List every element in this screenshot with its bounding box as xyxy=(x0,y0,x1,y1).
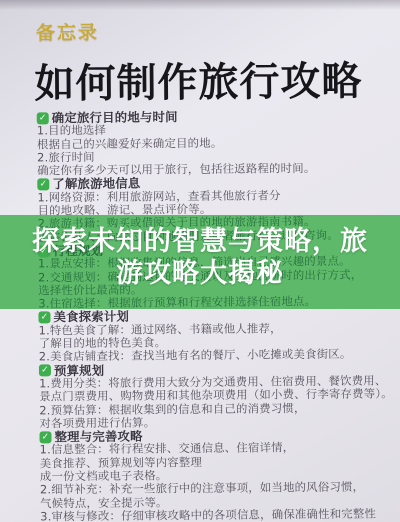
checklist-item: 3.审核与修改：仔细审核攻略中的各项信息，确保准确性和完整性 xyxy=(40,507,400,522)
page-title: 如何制作旅行攻略 xyxy=(34,49,394,109)
overlay-headline-line1: 探索未知的智慧与策略，旅 xyxy=(0,226,400,258)
checkbox-checked-icon: ✓ xyxy=(37,178,49,190)
memo-app-label: 备忘录 xyxy=(36,18,99,46)
checkbox-checked-icon: ✓ xyxy=(37,112,49,124)
overlay-headline-line2: 游攻略大揭秘 xyxy=(0,258,400,290)
checklist-item-text: 2.旅行时间 xyxy=(37,150,95,165)
checkbox-checked-icon: ✓ xyxy=(38,311,50,323)
checklist-item-text: 确定你有多少天可以用于旅行，包括往返路程的时间。 xyxy=(37,161,315,177)
checklist-item-text: 根据自己的兴趣爱好来确定目的地。 xyxy=(37,135,223,151)
checkbox-checked-icon: ✓ xyxy=(39,365,51,377)
memo-photo: 备忘录 如何制作旅行攻略 ✓确定旅行目的地与时间1.目的地选择根据自己的兴趣爱好… xyxy=(0,0,400,522)
checklist-item-text: 3.住宿选择：根据旅行预算和行程安排选择住宿地点。 xyxy=(38,294,316,310)
checklist-item-text: 2.细节补充：补充一些旅行中的注意事项，如当地的风俗习惯， xyxy=(40,480,364,497)
checklist: ✓确定旅行目的地与时间1.目的地选择根据自己的兴趣爱好来确定目的地。2.旅行时间… xyxy=(37,108,400,522)
checkbox-checked-icon: ✓ xyxy=(39,431,51,443)
overlay-headline: 探索未知的智慧与策略，旅 游攻略大揭秘 xyxy=(0,226,400,290)
checklist-item-text: 3.审核与修改：仔细审核攻略中的各项信息，确保准确性和完整性 xyxy=(40,506,376,522)
checklist-item-text: 2.美食店铺查找：查找当地有名的餐厅、小吃摊或美食街区。 xyxy=(39,347,352,364)
checklist-item-text: 2.预算估算：根据收集到的信息和自己的消费习惯， xyxy=(39,401,305,417)
